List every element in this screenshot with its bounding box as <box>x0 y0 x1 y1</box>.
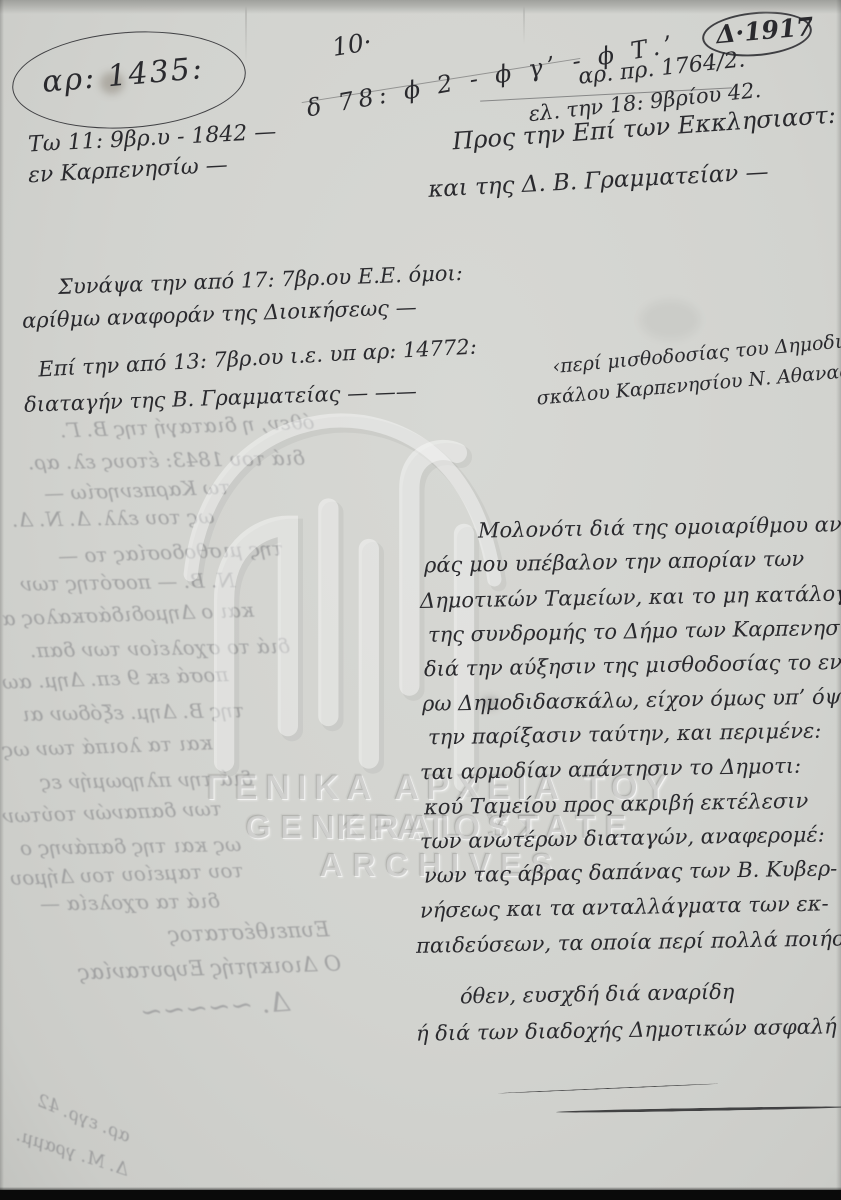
page-bottom-edge <box>0 1190 841 1200</box>
reference-line: αρίθμω αναφοράν της Διοικήσεως — <box>22 295 417 333</box>
bleedthrough-office: Ο Διοικητής Ευρυτανίας <box>78 951 342 984</box>
body-line: ή διά των διαδοχής Δημοτικών ασφαλή <box>416 1014 837 1045</box>
page-left-edge <box>0 0 4 1200</box>
body-line: νήσεως και τα ανταλλάγματα των εκ- <box>420 891 829 922</box>
closing-flourish <box>556 1105 841 1113</box>
page-right-edge <box>836 0 841 1200</box>
closing-flourish <box>498 1083 718 1094</box>
filing-mark-top: 10· <box>330 27 374 62</box>
body-line: όθεν, ευσχδή διά αναρίδη <box>460 980 735 1009</box>
dateline-date: Τω 11: 9βρ.υ - 1842 — <box>28 120 277 158</box>
bleedthrough-signature: Δ. ∼∼∼∼∼ <box>139 987 291 1028</box>
body-line: παιδεύσεων, τα οποία περί πολλά ποιήση <box>416 926 841 958</box>
reference-line: Συνάψα την από 17: 7βρ.ου Ε.Ε. όμοι: <box>58 261 463 299</box>
bleedthrough-closing: Ευπειθέστατος <box>168 917 330 947</box>
paper-shading <box>640 300 700 340</box>
dateline-place: εν Καρπενησίω — <box>27 153 228 188</box>
page-top-edge <box>0 0 841 14</box>
document-scan-page: ΓΕΝΙΚΑ ΑΡΧΕΙΑ ΤΟΥ ΚΡΑΤΟΥΣ GENERAL STATE … <box>0 0 841 1200</box>
bleedthrough-line: διά τα σχολεία — <box>40 888 220 915</box>
address-line-2: και της Δ. Β. Γραμματείαν — <box>428 159 770 203</box>
body-line: Μολονότι διά της ομοιαρίθμου αναφο: <box>478 511 841 542</box>
reference-line: Επί την από 13: 7βρ.ου ι.ε. υπ αρ: 14772… <box>38 335 478 382</box>
